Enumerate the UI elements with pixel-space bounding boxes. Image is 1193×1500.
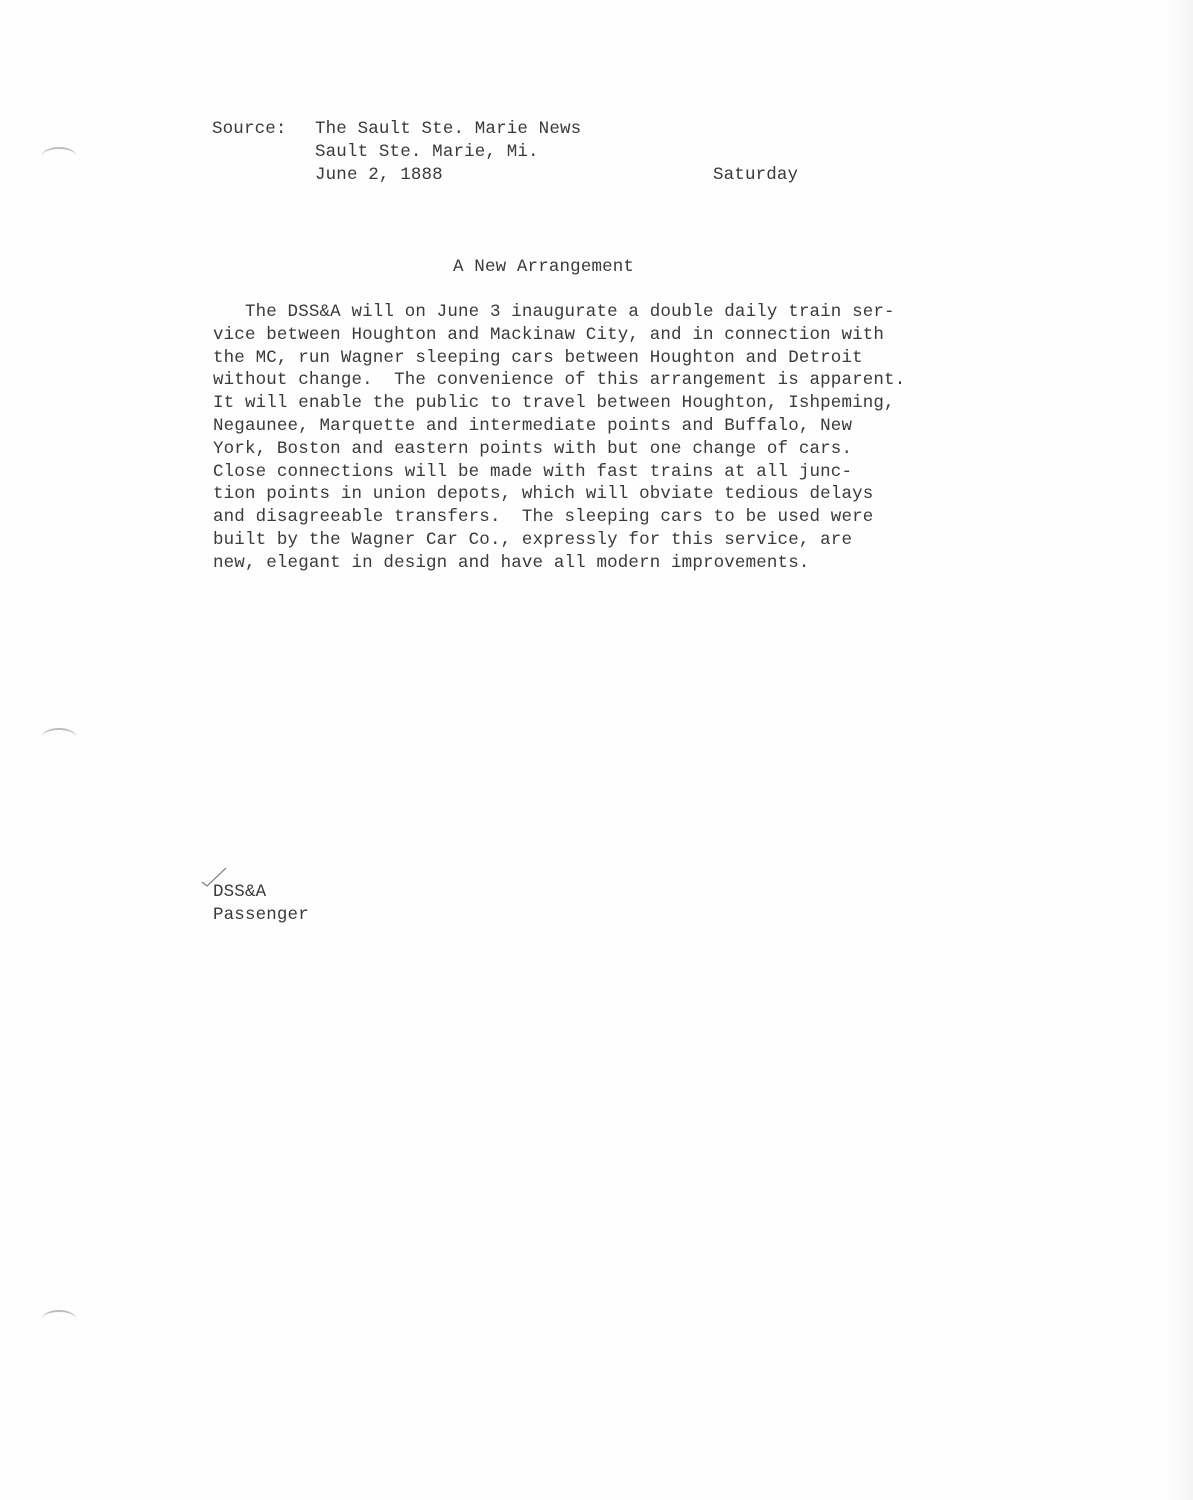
source-block: The Sault Ste. Marie NewsSault Ste. Mari… <box>315 118 581 186</box>
source-location: Sault Ste. Marie, Mi. <box>315 141 581 164</box>
punch-hole-top <box>42 147 76 165</box>
page-edge-shadow <box>1165 0 1193 1500</box>
subject-tags: DSS&APassenger <box>213 881 309 927</box>
body-line: York, Boston and eastern points with but… <box>213 438 905 461</box>
body-line: built by the Wagner Car Co., expressly f… <box>213 529 905 552</box>
body-line: The DSS&A will on June 3 inaugurate a do… <box>213 301 905 324</box>
body-line: tion points in union depots, which will … <box>213 483 905 506</box>
subject-tag-category: Passenger <box>213 904 309 927</box>
body-line: new, elegant in design and have all mode… <box>213 552 905 575</box>
body-line: and disagreeable transfers. The sleeping… <box>213 506 905 529</box>
source-date: June 2, 1888 <box>315 164 581 187</box>
body-line: vice between Houghton and Mackinaw City,… <box>213 324 905 347</box>
body-line: Negaunee, Marquette and intermediate poi… <box>213 415 905 438</box>
document-page: Source: The Sault Ste. Marie NewsSault S… <box>0 0 1193 1500</box>
source-weekday: Saturday <box>713 164 798 187</box>
source-label: Source: <box>212 118 287 141</box>
article-body: The DSS&A will on June 3 inaugurate a do… <box>213 301 905 575</box>
body-line: Close connections will be made with fast… <box>213 461 905 484</box>
punch-hole-bottom <box>42 1310 76 1328</box>
body-line: the MC, run Wagner sleeping cars between… <box>213 347 905 370</box>
body-line: without change. The convenience of this … <box>213 369 905 392</box>
source-publication: The Sault Ste. Marie News <box>315 118 581 141</box>
article-headline: A New Arrangement <box>453 256 634 279</box>
punch-hole-middle <box>42 728 76 746</box>
subject-tag-railroad: DSS&A <box>213 881 309 904</box>
body-line: It will enable the public to travel betw… <box>213 392 905 415</box>
